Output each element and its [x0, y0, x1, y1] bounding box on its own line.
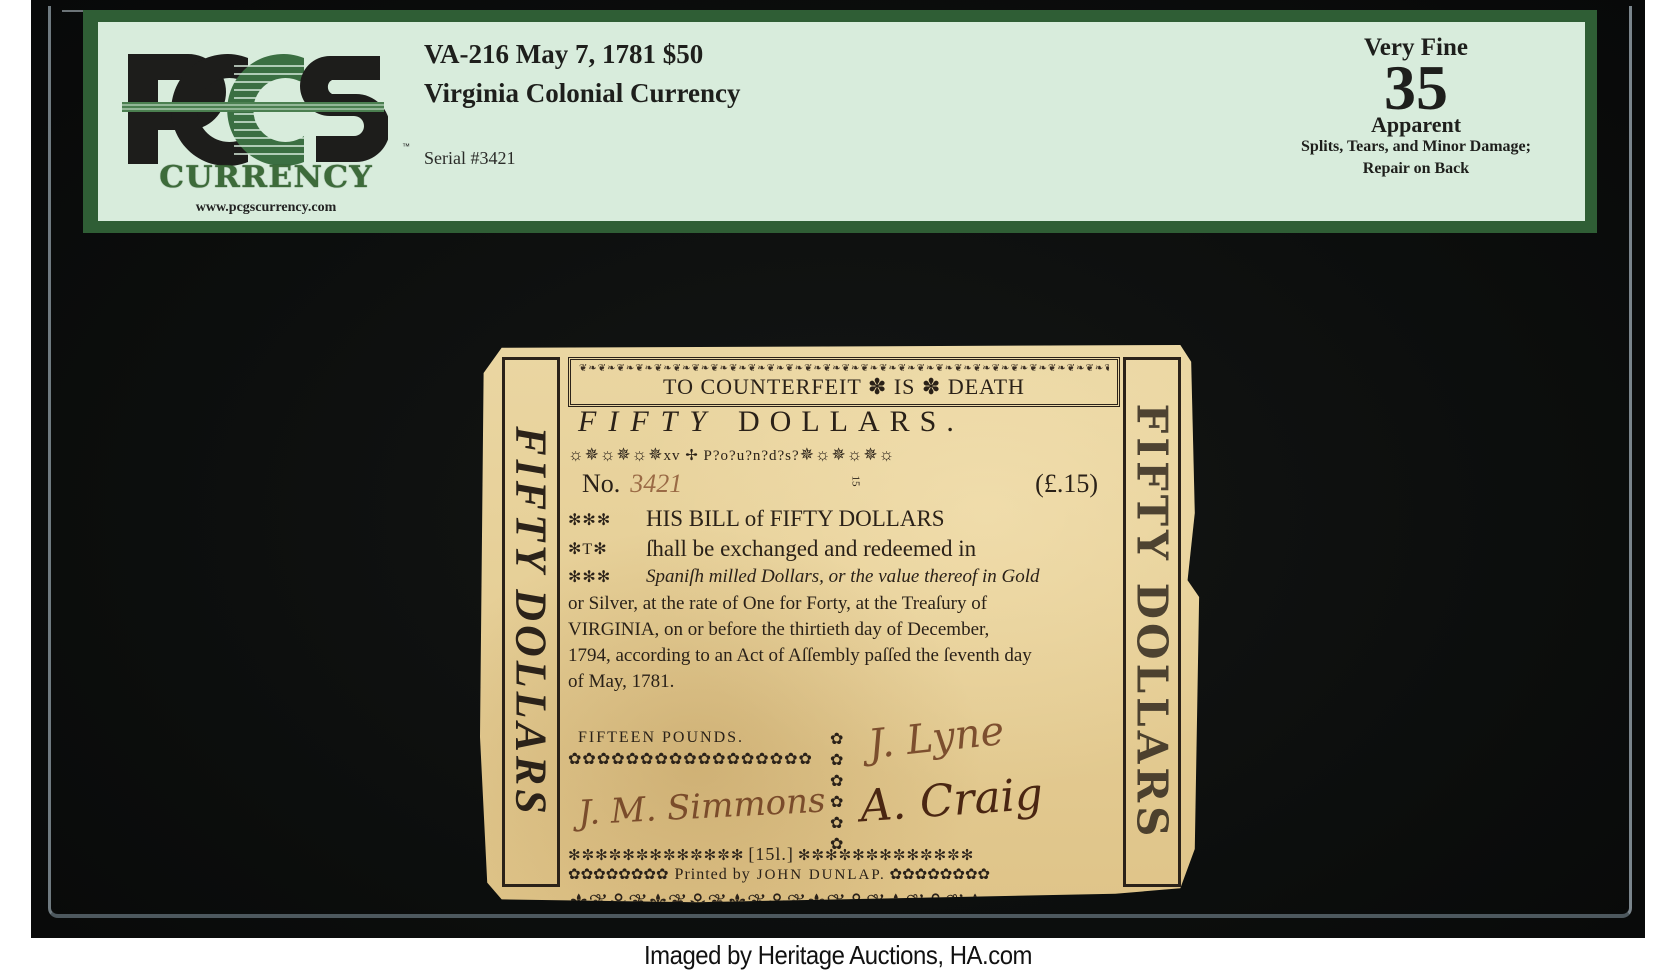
asterism-ornament-row: ✻✼✻✼✻✼✻✼✻✼✻✼✻[15l.]✻✼✻✼✻✼✻✼✻✼✻✼✻	[568, 844, 1120, 865]
flower-ornament-icon: ✿✿✿✿✿✿✿✿	[568, 867, 669, 883]
note-line: VIRGINIA, on or before the thirtieth day…	[568, 617, 1120, 643]
asterism-ornament-icon: ✻✻✻	[568, 507, 646, 535]
pcgs-logo-icon	[118, 44, 388, 174]
serial-number: Serial #3421	[424, 148, 516, 169]
note-text-block: ✻✻✻HIS BILL of FIFTY DOLLARS ✻T✻ſhall be…	[568, 505, 1120, 695]
left-border-panel: FIFTY DOLLARS	[502, 357, 560, 887]
grading-label: ™ CURRENCY www.pcgscurrency.com VA-216 M…	[83, 10, 1597, 233]
sunburst-ornament-icon: ✵☼✵☼✵☼	[800, 445, 895, 464]
trademark-mark: ™	[402, 142, 410, 151]
note-line: or Silver, at the rate of One for Forty,…	[568, 591, 1120, 617]
left-border-text: FIFTY DOLLARS	[506, 426, 557, 817]
grading-label-panel: ™ CURRENCY www.pcgscurrency.com VA-216 M…	[98, 22, 1585, 221]
fifteen-pounds-text: FIFTEEN POUNDS.	[578, 729, 744, 747]
right-border-panel: FIFTY DOLLARS	[1123, 357, 1181, 887]
grade-note-line-1: Splits, Tears, and Minor Damage;	[1261, 136, 1571, 158]
printer-prefix: Printed by	[675, 866, 751, 883]
grade-block: Very Fine 35 Apparent Splits, Tears, and…	[1261, 34, 1571, 180]
colonial-banknote: FIFTY DOLLARS FIFTY DOLLARS ❦❧❦❧❦❧❦❧❦❧❦❧…	[480, 345, 1202, 905]
pcgs-currency-wordmark: CURRENCY	[130, 160, 403, 195]
grade-qualifier: Apparent	[1261, 114, 1571, 136]
pcgs-website: www.pcgscurrency.com	[136, 200, 396, 216]
counterfeit-warning: TO COUNTERFEIT ✽ IS ✽ DEATH	[571, 374, 1117, 400]
denomination-word: FIFTY	[578, 405, 718, 438]
grade-number: 35	[1261, 62, 1571, 114]
note-line: 1794, according to an Act of Aſſembly pa…	[568, 643, 1120, 669]
note-body: ❦❧❦❧❦❧❦❧❦❧❦❧❦❧❦❧❦❧❦❧❦❧❦❧❦❧❦❧❦❧❦❧❦❧❦❧❦❧❦❧…	[568, 357, 1120, 887]
note-catalog-title: VA-216 May 7, 1781 $50	[424, 39, 703, 70]
asterism-ornament-icon: ✻✻✻	[568, 565, 646, 591]
letter-box-ornament-icon: ✻T✻	[568, 536, 646, 564]
flower-ornament-column: ✿✿✿✿✿✿	[830, 729, 850, 855]
signature-craig: A. Craig	[858, 769, 1044, 833]
vine-ornament-icon: ❦❧❦❧❦❧❦❧❦❧❦❧❦❧❦❧❦❧❦❧❦❧❦❧❦❧❦❧❦❧❦❧❦❧❦❧❦❧❦❧…	[579, 363, 1109, 374]
signature-lyne: J. Lyne	[866, 708, 1006, 768]
bracket-value: [15l.]	[748, 844, 794, 864]
small-denomination-mark: 15	[850, 476, 862, 487]
flower-ornament-icon: ✿✿✿✿✿✿✿✿	[890, 867, 991, 883]
number-line: No.3421 15 (£.15)	[582, 469, 1112, 499]
ornament-row-top: ☼✵☼✵☼✵xv ✢ P?o?u?n?d?s?✵☼✵☼✵☼	[568, 445, 1120, 465]
counterfeit-banner: ❦❧❦❧❦❧❦❧❦❧❦❧❦❧❦❧❦❧❦❧❦❧❦❧❦❧❦❧❦❧❦❧❦❧❦❧❦❧❦❧…	[568, 357, 1120, 407]
image-credit: Imaged by Heritage Auctions, HA.com	[67, 940, 1609, 971]
note-series-title: Virginia Colonial Currency	[424, 78, 741, 109]
note-line: ✻T✻ſhall be exchanged and redeemed in	[568, 535, 1120, 565]
flower-ornament-row: ✿✿✿✿✿✿✿✿✿✿✿✿✿✿✿✿✿	[568, 749, 848, 769]
denomination-heading: FIFTYDOLLARS.	[578, 405, 1118, 439]
pounds-value: (£.15)	[1035, 469, 1098, 499]
sunburst-ornament-icon: ☼✵☼✵☼✵	[568, 445, 663, 464]
printer-name: JOHN DUNLAP.	[757, 867, 886, 883]
number-prefix: No.	[582, 469, 620, 498]
denomination-unit: DOLLARS.	[738, 405, 964, 438]
handwritten-serial: 3421	[630, 469, 682, 498]
note-line: of May, 1781.	[568, 669, 1120, 695]
right-border-text: FIFTY DOLLARS	[1128, 403, 1177, 840]
printer-line: ✿✿✿✿✿✿✿✿Printed byJOHN DUNLAP. ✿✿✿✿✿✿✿✿	[568, 865, 1120, 884]
note-line: ✻✻✻Spaniſh milled Dollars, or the value …	[568, 564, 1120, 591]
note-line: ✻✻✻HIS BILL of FIFTY DOLLARS	[568, 505, 1120, 535]
ornament-row-text: xv ✢ P?o?u?n?d?s?	[663, 448, 799, 464]
grade-note-line-2: Repair on Back	[1261, 158, 1571, 180]
signature-simmons: J. M. Simmons	[577, 781, 826, 834]
